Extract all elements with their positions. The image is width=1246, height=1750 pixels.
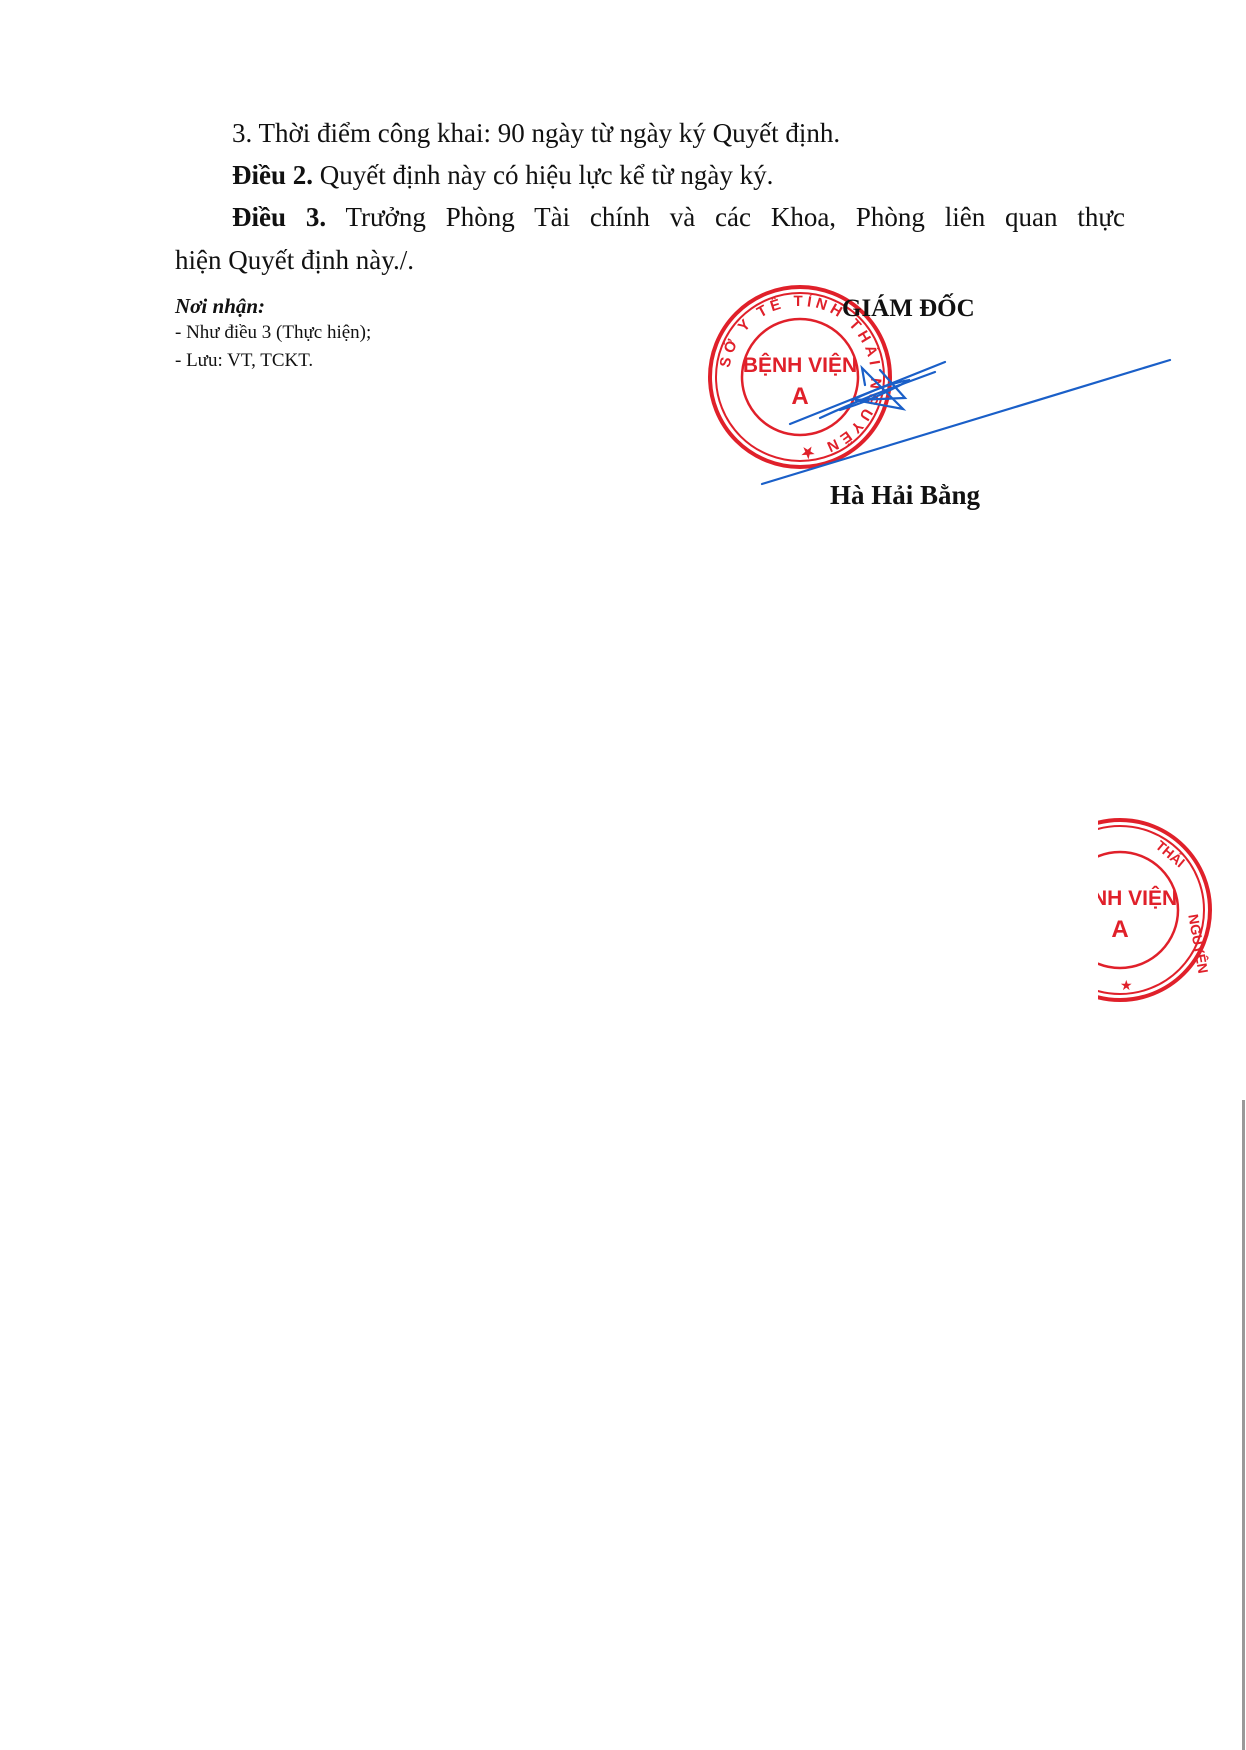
svg-text:A: A bbox=[1111, 916, 1128, 943]
signatory-name: Hà Hải Bằng bbox=[830, 480, 980, 511]
svg-text:★: ★ bbox=[1120, 977, 1133, 993]
handwritten-signature bbox=[0, 0, 1246, 600]
page-seal-stamp: BỆNH VIỆN A THÁI NGUYÊN ★ bbox=[1020, 815, 1220, 1005]
svg-text:BỆNH VIỆN: BỆNH VIỆN bbox=[1063, 886, 1177, 910]
scan-edge bbox=[1242, 1100, 1245, 1750]
